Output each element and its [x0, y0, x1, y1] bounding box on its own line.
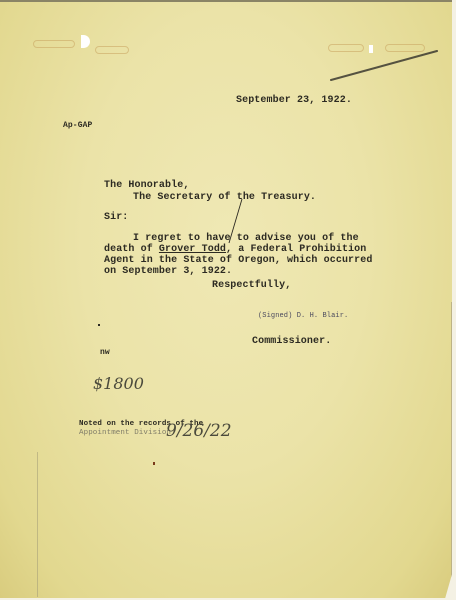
stray-mark-2 [153, 462, 155, 465]
fastener-stain-left [33, 40, 75, 48]
body-line-2-suffix: , a Federal Prohibition [226, 244, 366, 255]
body-line-2-prefix: death of [104, 244, 159, 255]
handwritten-amount: $1800 [93, 374, 144, 393]
typist-initials: nw [100, 347, 110, 358]
closing: Respectfully, [212, 280, 291, 291]
body-line-4: on September 3, 1922. [104, 266, 232, 277]
signature: (Signed) D. H. Blair. [258, 311, 348, 322]
deceased-name: Grover Todd [159, 244, 226, 255]
page-edge-shadow-left [37, 452, 38, 597]
body-line-1: I regret to have to advise you of the [133, 233, 359, 244]
body-line-3: Agent in the State of Oregon, which occu… [104, 255, 372, 266]
stamp-line-2: Appointment Division [79, 429, 171, 438]
pencil-stroke [325, 47, 445, 87]
handwritten-date: 9/26/22 [166, 421, 232, 441]
addressee-line-2: The Secretary of the Treasury. [133, 192, 316, 203]
fastener-stain-left-2 [95, 46, 129, 54]
addressee-line-1: The Honorable, [104, 180, 189, 191]
page-edge-shadow-right [451, 302, 452, 582]
body-line-2: death of Grover Todd, a Federal Prohibit… [104, 244, 366, 255]
reference-code: Ap-GAP [63, 120, 92, 131]
stray-mark [98, 324, 100, 326]
letter-page: September 23, 1922. Ap-GAP The Honorable… [0, 0, 452, 598]
salutation: Sir: [104, 212, 128, 223]
signer-title: Commissioner. [252, 336, 331, 347]
letter-date: September 23, 1922. [236, 95, 352, 106]
punch-hole-left [81, 35, 90, 48]
